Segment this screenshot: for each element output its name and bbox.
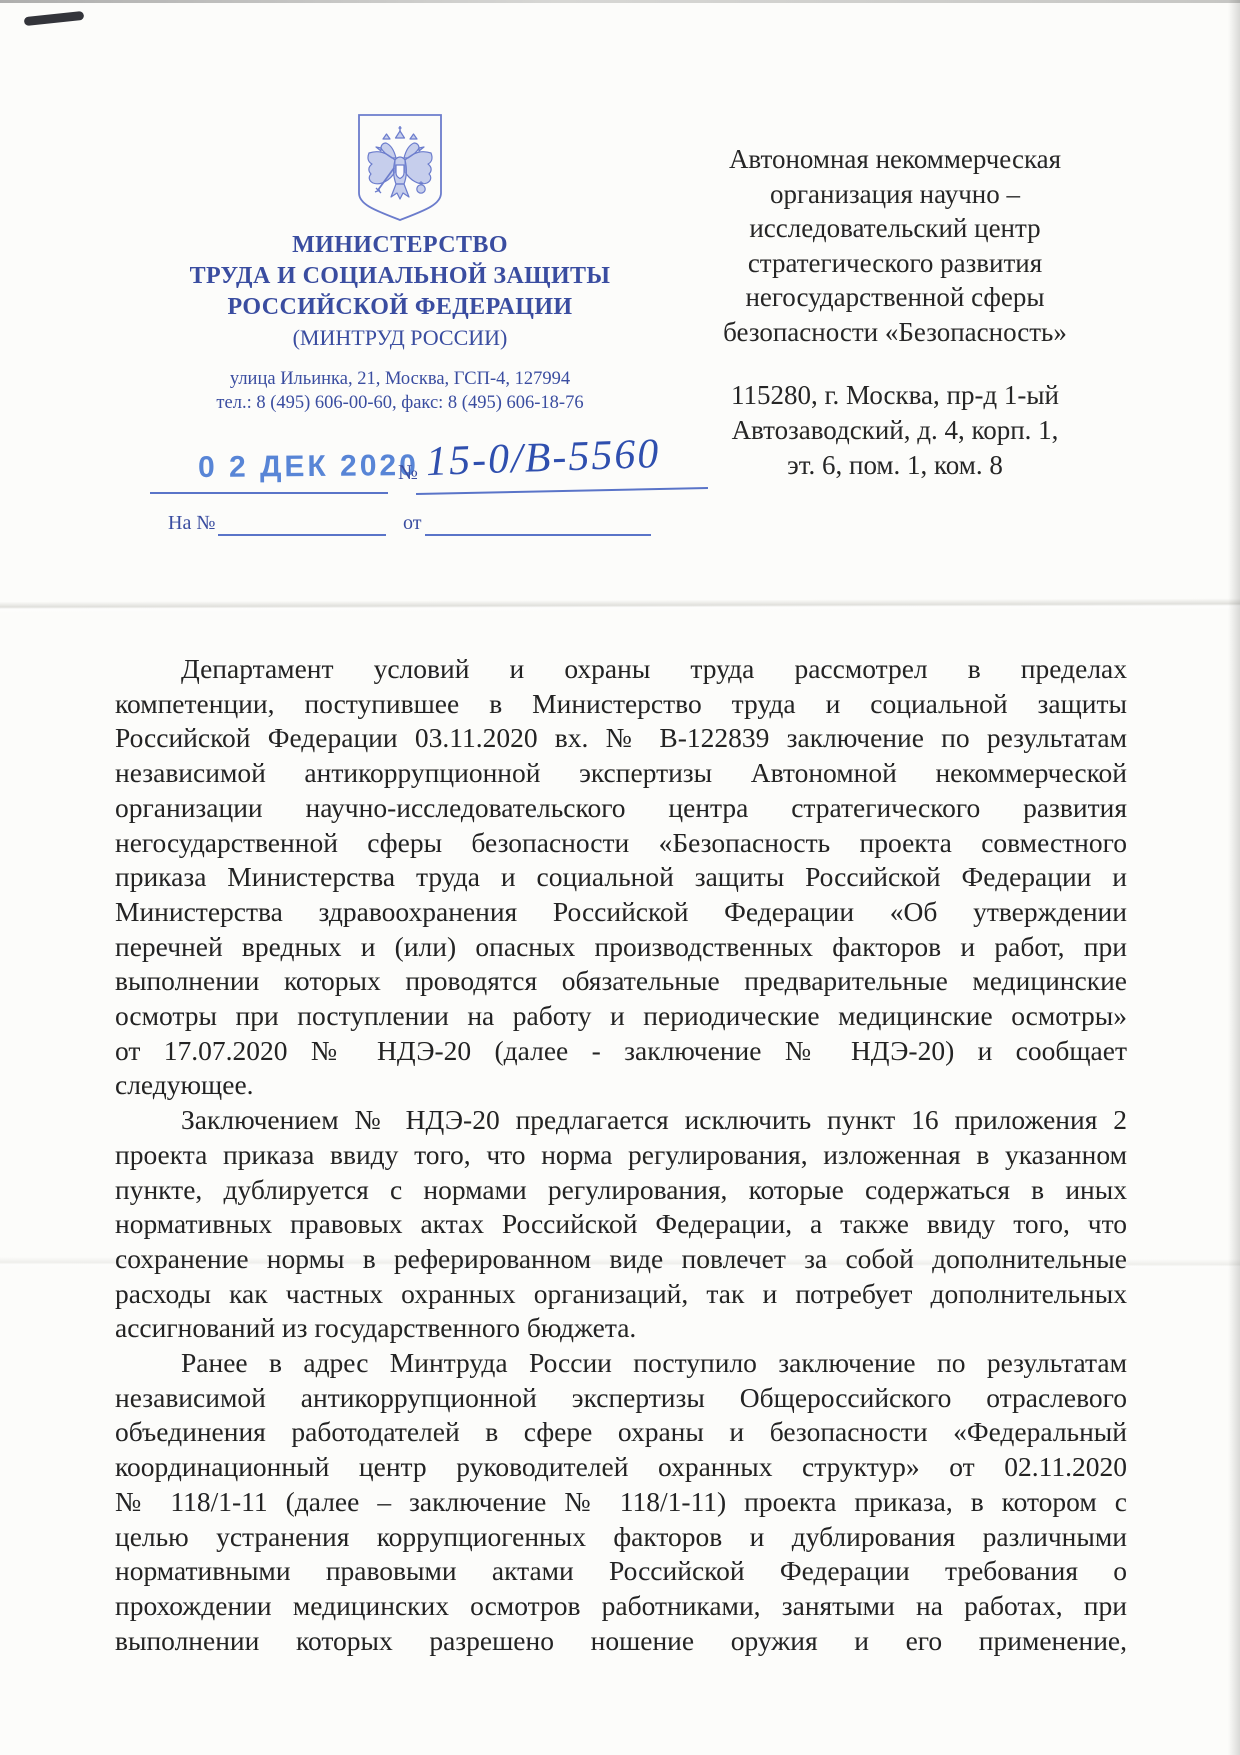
scan-corner-mark-artifact — [24, 11, 85, 26]
recipient-org-line: безопасности «Безопасность» — [660, 315, 1130, 350]
outgoing-number-handwritten: 15-0/В-5560 — [425, 430, 661, 486]
ministry-short-name: (МИНТРУД РОССИИ) — [155, 323, 645, 353]
scan-top-edge-artifact — [0, 0, 1240, 3]
body-line: Российской Федерации 03.11.2020 вх. № В-… — [115, 721, 1127, 756]
recipient-org-line: негосударственной сферы — [660, 280, 1130, 315]
body-line: Ранее в адрес Минтруда России поступило … — [115, 1346, 1127, 1381]
recipient-org-line: стратегического развития — [660, 246, 1130, 281]
body-line: компетенции, поступившее в Министерство … — [115, 687, 1127, 722]
recipient-address-line: Автозаводский, д. 4, корп. 1, — [660, 413, 1130, 448]
reply-to-number-underline — [218, 534, 386, 536]
recipient-block: Автономная некоммерческаяорганизация нау… — [660, 142, 1130, 483]
outgoing-number-label: № — [398, 460, 418, 485]
russia-coat-of-arms-icon — [352, 110, 448, 224]
body-line: ассигнований из государственного бюджета… — [115, 1311, 1127, 1346]
recipient-address-line: эт. 6, пом. 1, ком. 8 — [660, 448, 1130, 483]
ministry-address: улица Ильинка, 21, Москва, ГСП-4, 127994 — [155, 367, 645, 391]
ministry-name-line: МИНИСТЕРСТВО — [155, 230, 645, 261]
body-line: Департамент условий и охраны труда рассм… — [115, 652, 1127, 687]
ministry-name: МИНИСТЕРСТВОТРУДА И СОЦИАЛЬНОЙ ЗАЩИТЫРОС… — [155, 230, 645, 323]
recipient-org-line: Автономная некоммерческая — [660, 142, 1130, 177]
body-line: расходы как частных охранных организаций… — [115, 1277, 1127, 1312]
body-line: координационный центр руководителей охра… — [115, 1450, 1127, 1485]
ministry-name-line: РОССИЙСКОЙ ФЕДЕРАЦИИ — [155, 292, 645, 323]
recipient-organization: Автономная некоммерческаяорганизация нау… — [660, 142, 1130, 349]
body-line: перечней вредных и (или) опасных произво… — [115, 930, 1127, 965]
ministry-name-line: ТРУДА И СОЦИАЛЬНОЙ ЗАЩИТЫ — [155, 261, 645, 292]
body-line: осмотры при поступлении на работу и пери… — [115, 999, 1127, 1034]
body-line: негосударственной сферы безопасности «Бе… — [115, 826, 1127, 861]
reply-to-number-label: На № — [168, 512, 215, 535]
body-line: пункте, дублируется с нормами регулирова… — [115, 1173, 1127, 1208]
body-line: выполнении которых разрешено ношение ору… — [115, 1624, 1127, 1659]
body-line: приказа Министерства труда и социальной … — [115, 860, 1127, 895]
body-line: сохранение нормы в реферированном виде п… — [115, 1242, 1127, 1277]
body-line: выполнении которых проводятся обязательн… — [115, 964, 1127, 999]
scan-edge-shadow — [1228, 0, 1240, 1755]
recipient-org-line: исследовательский центр — [660, 211, 1130, 246]
body-line: нормативных правовых актах Российской Фе… — [115, 1207, 1127, 1242]
date-underline — [150, 492, 388, 494]
body-line: № 118/1-11 (далее – заключение № 118/1-1… — [115, 1485, 1127, 1520]
body-line: прохождении медицинских осмотров работни… — [115, 1589, 1127, 1624]
letterhead-block: МИНИСТЕРСТВОТРУДА И СОЦИАЛЬНОЙ ЗАЩИТЫРОС… — [155, 110, 645, 415]
recipient-org-line: организация научно – — [660, 177, 1130, 212]
number-underline — [416, 487, 708, 495]
date-stamp: 0 2 ДЕК 2020 — [198, 449, 419, 485]
reply-to-date-underline — [425, 534, 651, 536]
body-line: нормативными правовыми актами Российской… — [115, 1554, 1127, 1589]
body-line: независимой антикоррупционной экспертизы… — [115, 1381, 1127, 1416]
recipient-address-line: 115280, г. Москва, пр-д 1-ый — [660, 378, 1130, 413]
ministry-contact-block: улица Ильинка, 21, Москва, ГСП-4, 127994… — [155, 367, 645, 415]
paper-fold-crease — [0, 598, 1240, 613]
reply-to-date-label: от — [403, 512, 421, 535]
body-line: организации научно-исследовательского це… — [115, 791, 1127, 826]
body-line: проекта приказа ввиду того, что норма ре… — [115, 1138, 1127, 1173]
body-line: объединения работодателей в сфере охраны… — [115, 1415, 1127, 1450]
body-line: следующее. — [115, 1068, 1127, 1103]
body-line: Заключением № НДЭ-20 предлагается исключ… — [115, 1103, 1127, 1138]
body-line: независимой антикоррупционной экспертизы… — [115, 756, 1127, 791]
body-line: от 17.07.2020 № НДЭ-20 (далее - заключен… — [115, 1034, 1127, 1069]
letter-body: Департамент условий и охраны труда рассм… — [115, 652, 1127, 1658]
scanned-letter-page: МИНИСТЕРСТВОТРУДА И СОЦИАЛЬНОЙ ЗАЩИТЫРОС… — [0, 0, 1240, 1755]
body-line: целью устранения коррупциогенных факторо… — [115, 1520, 1127, 1555]
recipient-address: 115280, г. Москва, пр-д 1-ыйАвтозаводски… — [660, 378, 1130, 483]
ministry-phone-fax: тел.: 8 (495) 606-00-60, факс: 8 (495) 6… — [155, 391, 645, 415]
body-line: Министерства здравоохранения Российской … — [115, 895, 1127, 930]
